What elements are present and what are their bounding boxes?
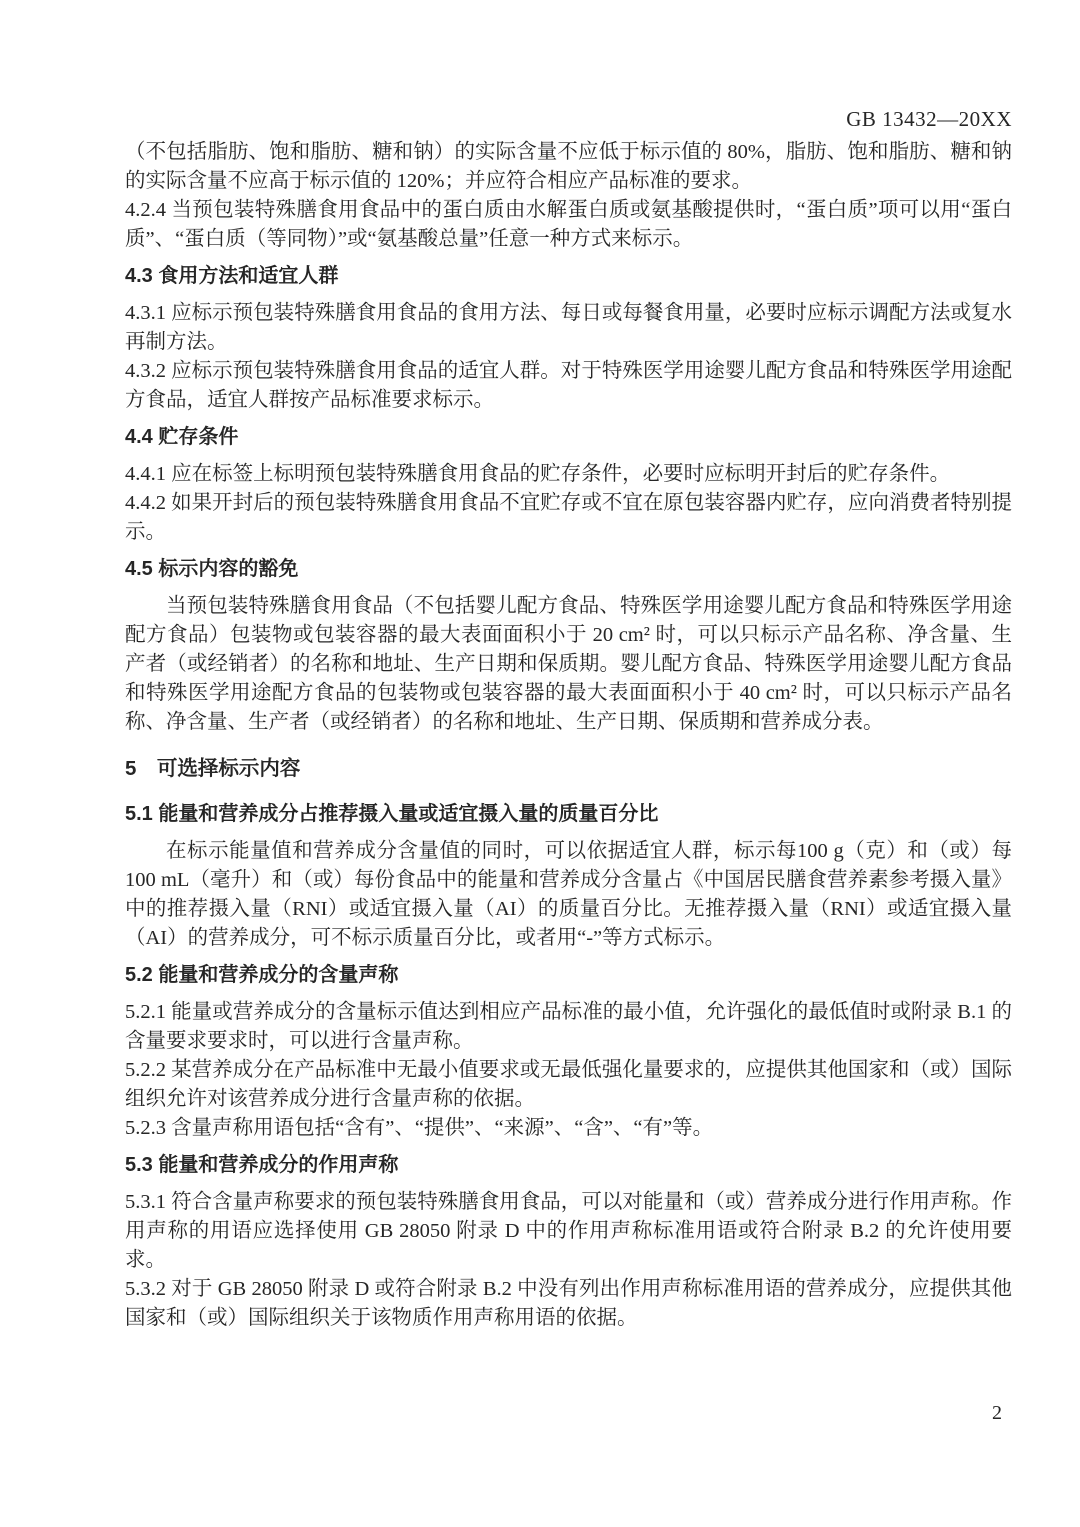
clause-4-3-1: 4.3.1 应标示预包装特殊膳食用食品的食用方法、每日或每餐食用量，必要时应标示…	[125, 299, 1012, 357]
clause-4-4-1: 4.4.1 应在标签上标明预包装特殊膳食用食品的贮存条件，必要时应标明开封后的贮…	[125, 460, 1012, 489]
page-number: 2	[992, 1400, 1002, 1426]
clause-4-3-2: 4.3.2 应标示预包装特殊膳食用食品的适宜人群。对于特殊医学用途婴儿配方食品和…	[125, 357, 1012, 415]
heading-5-3: 5.3 能量和营养成分的作用声称	[125, 1151, 1012, 1180]
heading-5-2: 5.2 能量和营养成分的含量声称	[125, 961, 1012, 990]
clause-5-2-2: 5.2.2 某营养成分在产品标准中无最小值要求或无最低强化量要求的，应提供其他国…	[125, 1056, 1012, 1114]
clause-4-2-4: 4.2.4 当预包装特殊膳食用食品中的蛋白质由水解蛋白质或氨基酸提供时，“蛋白质…	[125, 196, 1012, 254]
document-page: GB 13432—20XX （不包括脂肪、饱和脂肪、糖和钠）的实际含量不应低于标…	[0, 0, 1080, 1527]
heading-5-1: 5.1 能量和营养成分占推荐摄入量或适宜摄入量的质量百分比	[125, 800, 1012, 829]
heading-4-4: 4.4 贮存条件	[125, 423, 1012, 452]
document-content: GB 13432—20XX （不包括脂肪、饱和脂肪、糖和钠）的实际含量不应低于标…	[125, 106, 1012, 1333]
clause-5-2-1: 5.2.1 能量或营养成分的含量标示值达到相应产品标准的最小值，允许强化的最低值…	[125, 998, 1012, 1056]
running-header: GB 13432—20XX	[125, 106, 1012, 132]
heading-4-5: 4.5 标示内容的豁免	[125, 555, 1012, 584]
heading-5: 5 可选择标示内容	[125, 754, 1012, 783]
para-continuation: （不包括脂肪、饱和脂肪、糖和钠）的实际含量不应低于标示值的 80%，脂肪、饱和脂…	[125, 138, 1012, 196]
heading-4-3: 4.3 食用方法和适宜人群	[125, 262, 1012, 291]
para-5-1: 在标示能量值和营养成分含量值的同时，可以依据适宜人群，标示每100 g（克）和（…	[125, 837, 1012, 953]
clause-4-4-2: 4.4.2 如果开封后的预包装特殊膳食用食品不宜贮存或不宜在原包装容器内贮存，应…	[125, 489, 1012, 547]
clause-5-3-2: 5.3.2 对于 GB 28050 附录 D 或符合附录 B.2 中没有列出作用…	[125, 1275, 1012, 1333]
para-4-5-exemption: 当预包装特殊膳食用食品（不包括婴儿配方食品、特殊医学用途婴儿配方食品和特殊医学用…	[125, 592, 1012, 737]
clause-5-3-1: 5.3.1 符合含量声称要求的预包装特殊膳食用食品，可以对能量和（或）营养成分进…	[125, 1188, 1012, 1275]
clause-5-2-3: 5.2.3 含量声称用语包括“含有”、“提供”、“来源”、“含”、“有”等。	[125, 1114, 1012, 1143]
